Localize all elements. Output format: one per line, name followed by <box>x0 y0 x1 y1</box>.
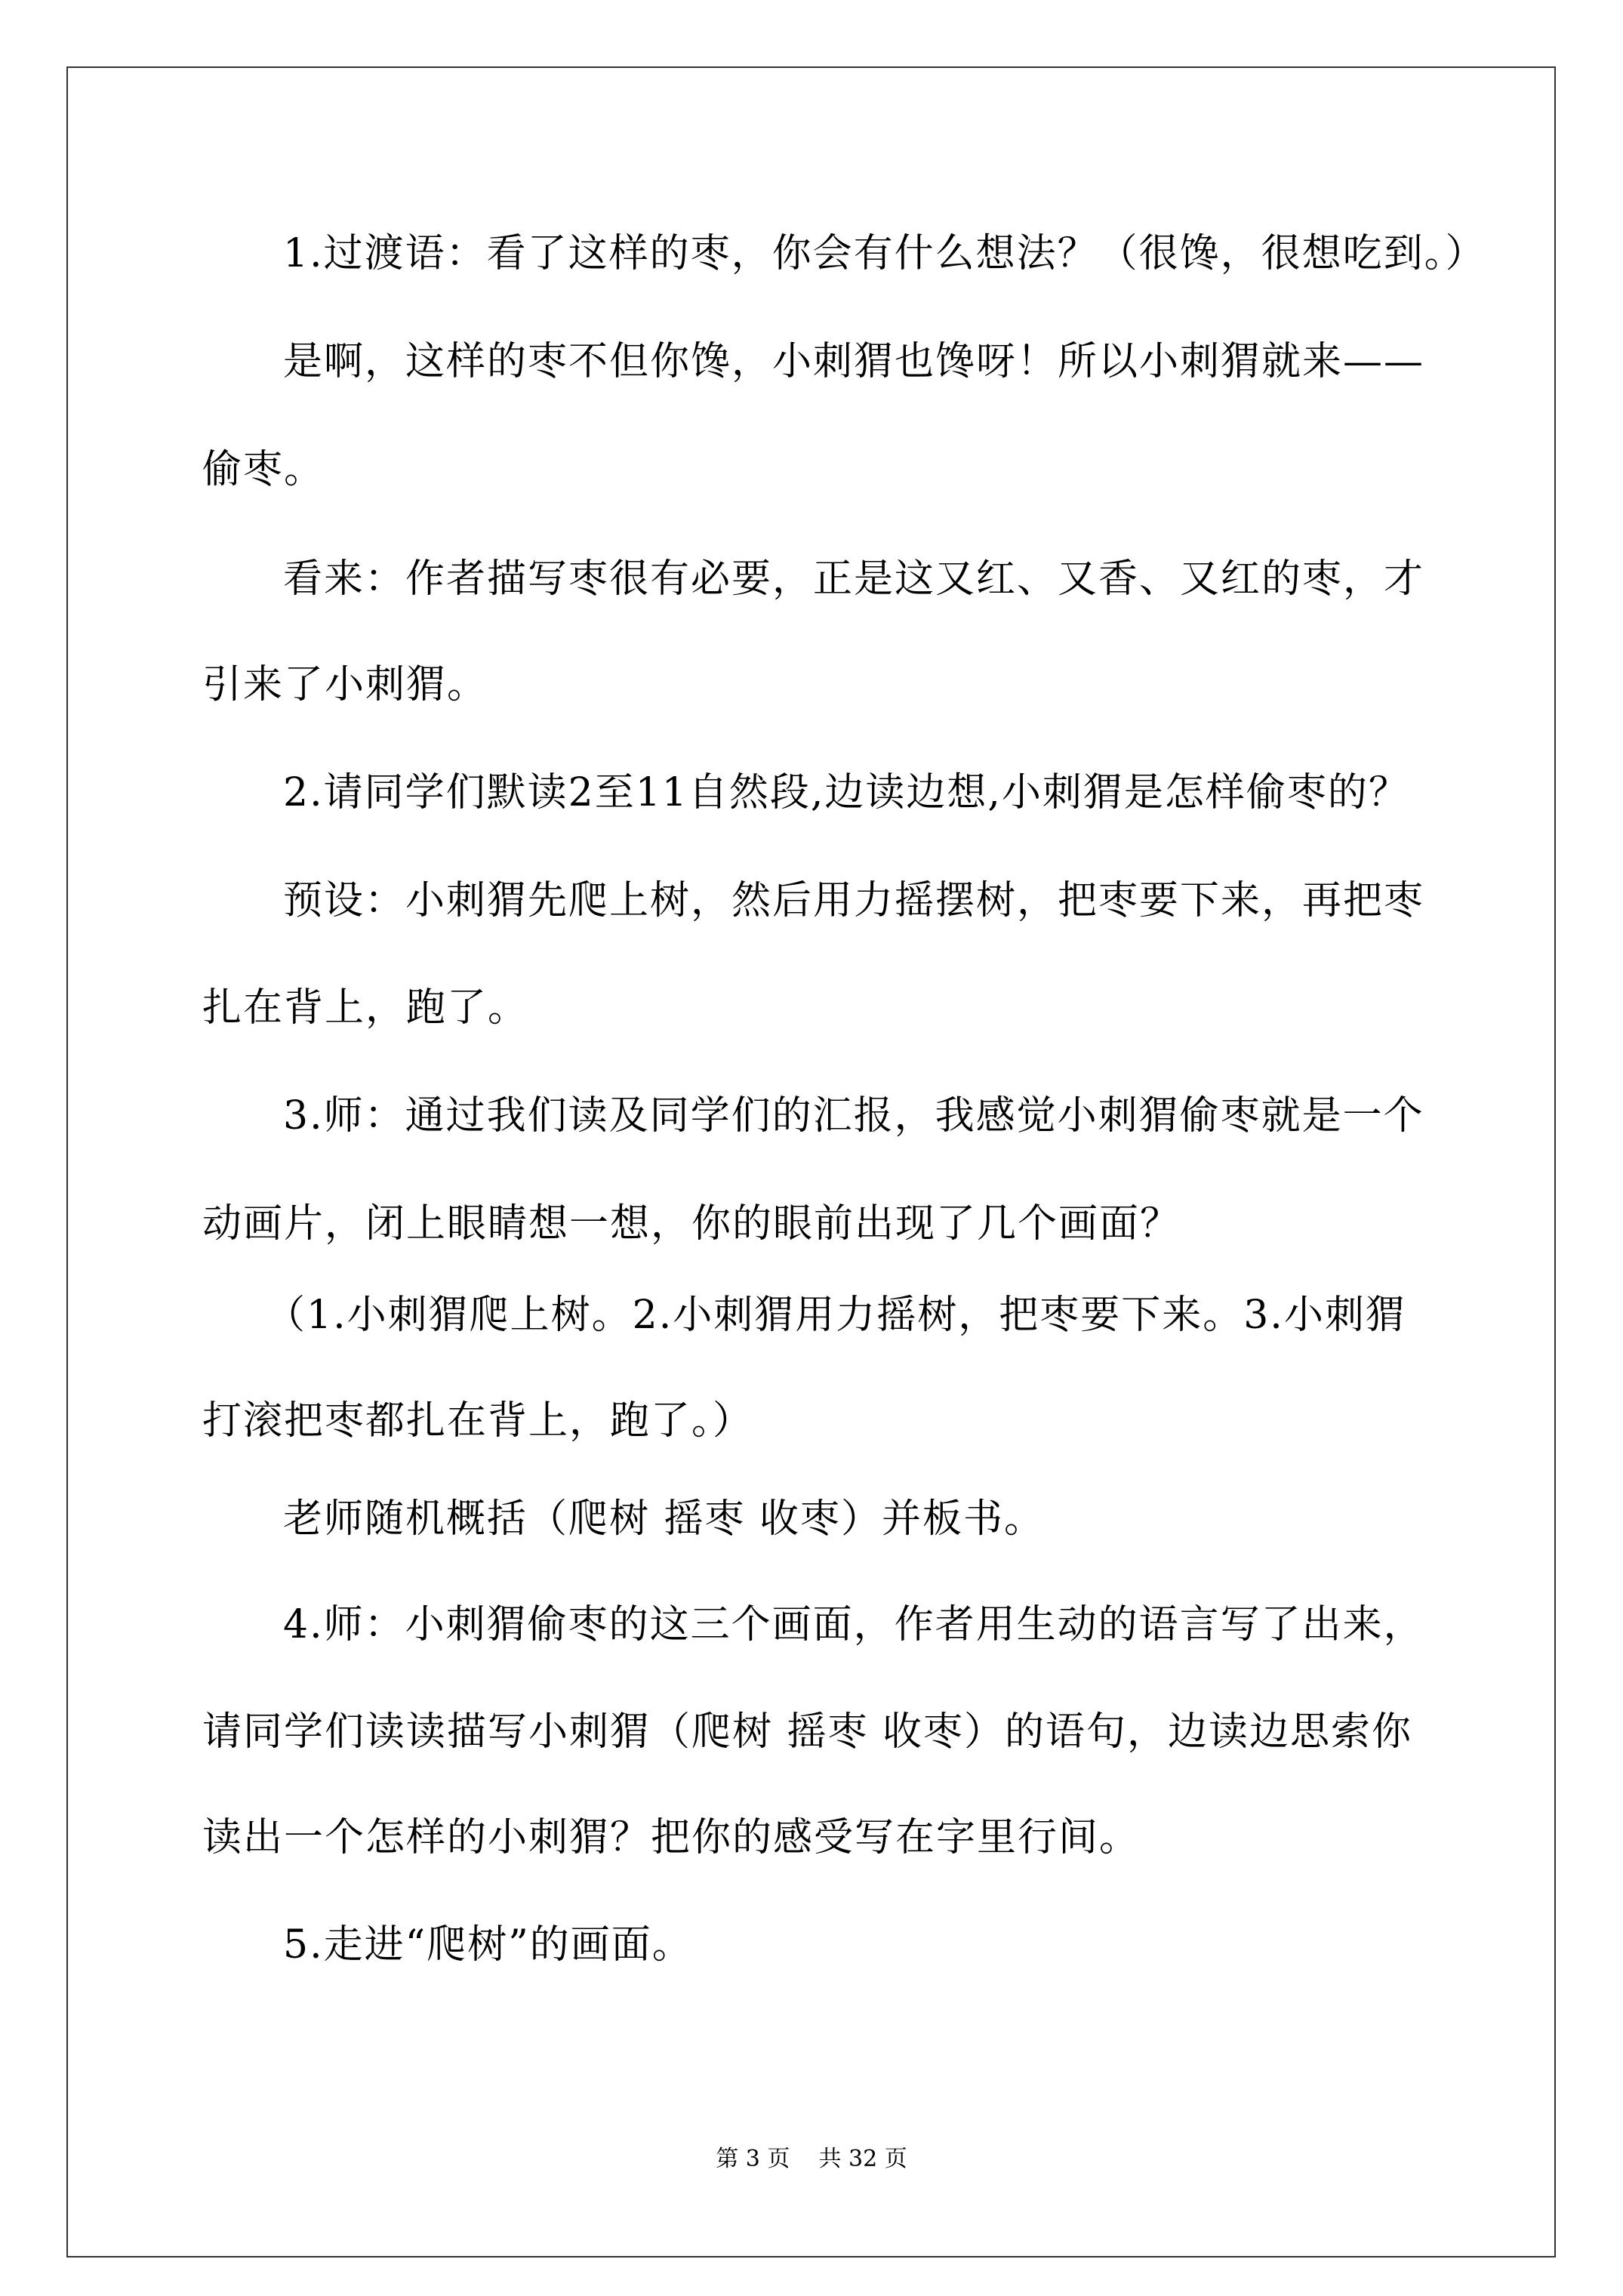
paragraph-line: 请同学们读读描写小刺猬（爬树 摇枣 收枣）的语句，边读边思索你 <box>202 1709 1412 1755</box>
page-number-footer: 第 3 页 共 32 页 <box>0 2144 1623 2174</box>
paragraph-line: 2.请同学们默读2至11自然段,边读边想,小刺猬是怎样偷枣的？ <box>283 770 1409 815</box>
paragraph-line: 动画片，闭上眼睛想一想，你的眼前出现了几个画面？ <box>202 1201 1181 1247</box>
paragraph-line: 4.师：小刺猬偷枣的这三个画面，作者用生动的语言写了出来， <box>283 1602 1424 1647</box>
paragraph-line: 看来：作者描写枣很有必要，正是这又红、又香、又红的枣，才 <box>283 556 1424 602</box>
paragraph-line: 打滚把枣都扎在背上，跑了。） <box>202 1398 753 1444</box>
paragraph-line: 1.过渡语：看了这样的枣，你会有什么想法？（很馋，很想吃到。） <box>283 231 1486 276</box>
paragraph-line: 读出一个怎样的小刺猬？把你的感受写在字里行间。 <box>202 1815 1140 1860</box>
paragraph-line: 预设：小刺猬先爬上树，然后用力摇摆树，把枣要下来，再把枣 <box>283 878 1424 923</box>
paragraph-line: 老师随机概括（爬树 摇枣 收枣）并板书。 <box>283 1496 1045 1542</box>
paragraph-line: 扎在背上，跑了。 <box>202 985 528 1031</box>
paragraph-line: 3.师：通过我们读及同学们的汇报，我感觉小刺猬偷枣就是一个 <box>283 1093 1424 1139</box>
paragraph-line: 偷枣。 <box>202 447 325 492</box>
paragraph-line: 是啊，这样的枣不但你馋，小刺猬也馋呀！所以小刺猬就来—— <box>283 339 1424 384</box>
paragraph-line: 5.走进“爬树”的画面。 <box>283 1922 693 1968</box>
paragraph-line: 引来了小刺猬。 <box>202 662 488 707</box>
paragraph-line: （1.小刺猬爬上树。2.小刺猬用力摇树，把枣要下来。3.小刺猬 <box>266 1293 1406 1338</box>
